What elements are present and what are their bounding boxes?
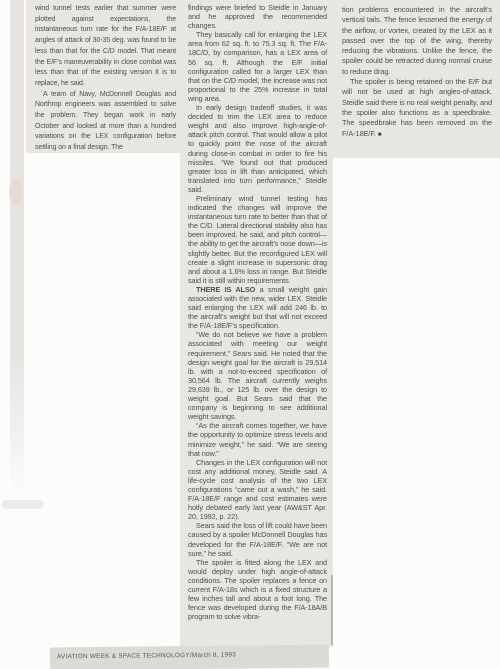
scan-artifact-pink-smudge (9, 180, 23, 204)
paragraph: In early design tradeoff studies, it was… (188, 103, 327, 194)
magazine-footer-text: AVIATION WEEK & SPACE TECHNOLOGY/March 8… (57, 651, 329, 661)
scan-artifact-edge-line (331, 575, 333, 645)
article-column-2: findings were briefed to Steidle in Janu… (180, 0, 333, 647)
paragraph: “We do not believe we have a problem ass… (188, 330, 327, 421)
paragraph-text: findings were briefed to Steidle in Janu… (188, 3, 327, 30)
paragraph: Preliminary wind tunnel testing has indi… (188, 194, 327, 285)
magazine-footer: AVIATION WEEK & SPACE TECHNOLOGY/March 8… (50, 645, 329, 669)
paragraph-text: “As the aircraft comes together, we have… (188, 421, 327, 457)
article-column-1: wind tunnel tests earlier that summer we… (26, 0, 180, 153)
paragraph-text: tion problems encountered in the aircraf… (342, 5, 492, 76)
paragraph-text: Changes in the LEX configuration will no… (188, 458, 327, 522)
paragraph-text: wind tunnel tests earlier that summer we… (35, 5, 176, 87)
paragraph: Sears said the loss of lift could have b… (188, 521, 327, 557)
paragraph-lead: THERE IS ALSO (196, 285, 255, 294)
paragraph-text: In early design tradeoff studies, it was… (188, 103, 327, 194)
paragraph: They basically call for enlarging the LE… (188, 30, 327, 103)
scan-artifact-left-strip (10, 0, 24, 500)
paragraph: The spoiler is being retained on the E/F… (342, 77, 492, 140)
paragraph: Changes in the LEX configuration will no… (188, 458, 327, 522)
paragraph: wind tunnel tests earlier that summer we… (35, 4, 176, 90)
paragraph-highlight: THERE IS ALSO a small weight gain associ… (188, 285, 327, 330)
article-column-3: tion problems encountered in the aircraf… (333, 0, 500, 158)
paragraph-text: A team of Navy, McDonnell Douglas and No… (35, 91, 176, 152)
paragraph: The spoiler is fitted along the LEX and … (188, 558, 327, 622)
end-of-article-mark: ■ (378, 132, 382, 138)
paragraph: A team of Navy, McDonnell Douglas and No… (35, 90, 176, 153)
paragraph: findings were briefed to Steidle in Janu… (188, 3, 327, 30)
paragraph: tion problems encountered in the aircraf… (342, 5, 492, 77)
paragraph-text: Sears said the loss of lift could have b… (188, 521, 327, 557)
paragraph-text: “We do not believe we have a problem ass… (188, 330, 327, 421)
paragraph-text: Preliminary wind tunnel testing has indi… (188, 194, 327, 285)
paragraph: “As the aircraft comes together, we have… (188, 421, 327, 457)
scan-artifact-smudge (2, 500, 44, 509)
paragraph-text: The spoiler is being retained on the E/F… (342, 77, 492, 137)
paragraph-text: They basically call for enlarging the LE… (188, 30, 327, 103)
paragraph-text: The spoiler is fitted along the LEX and … (188, 558, 327, 622)
